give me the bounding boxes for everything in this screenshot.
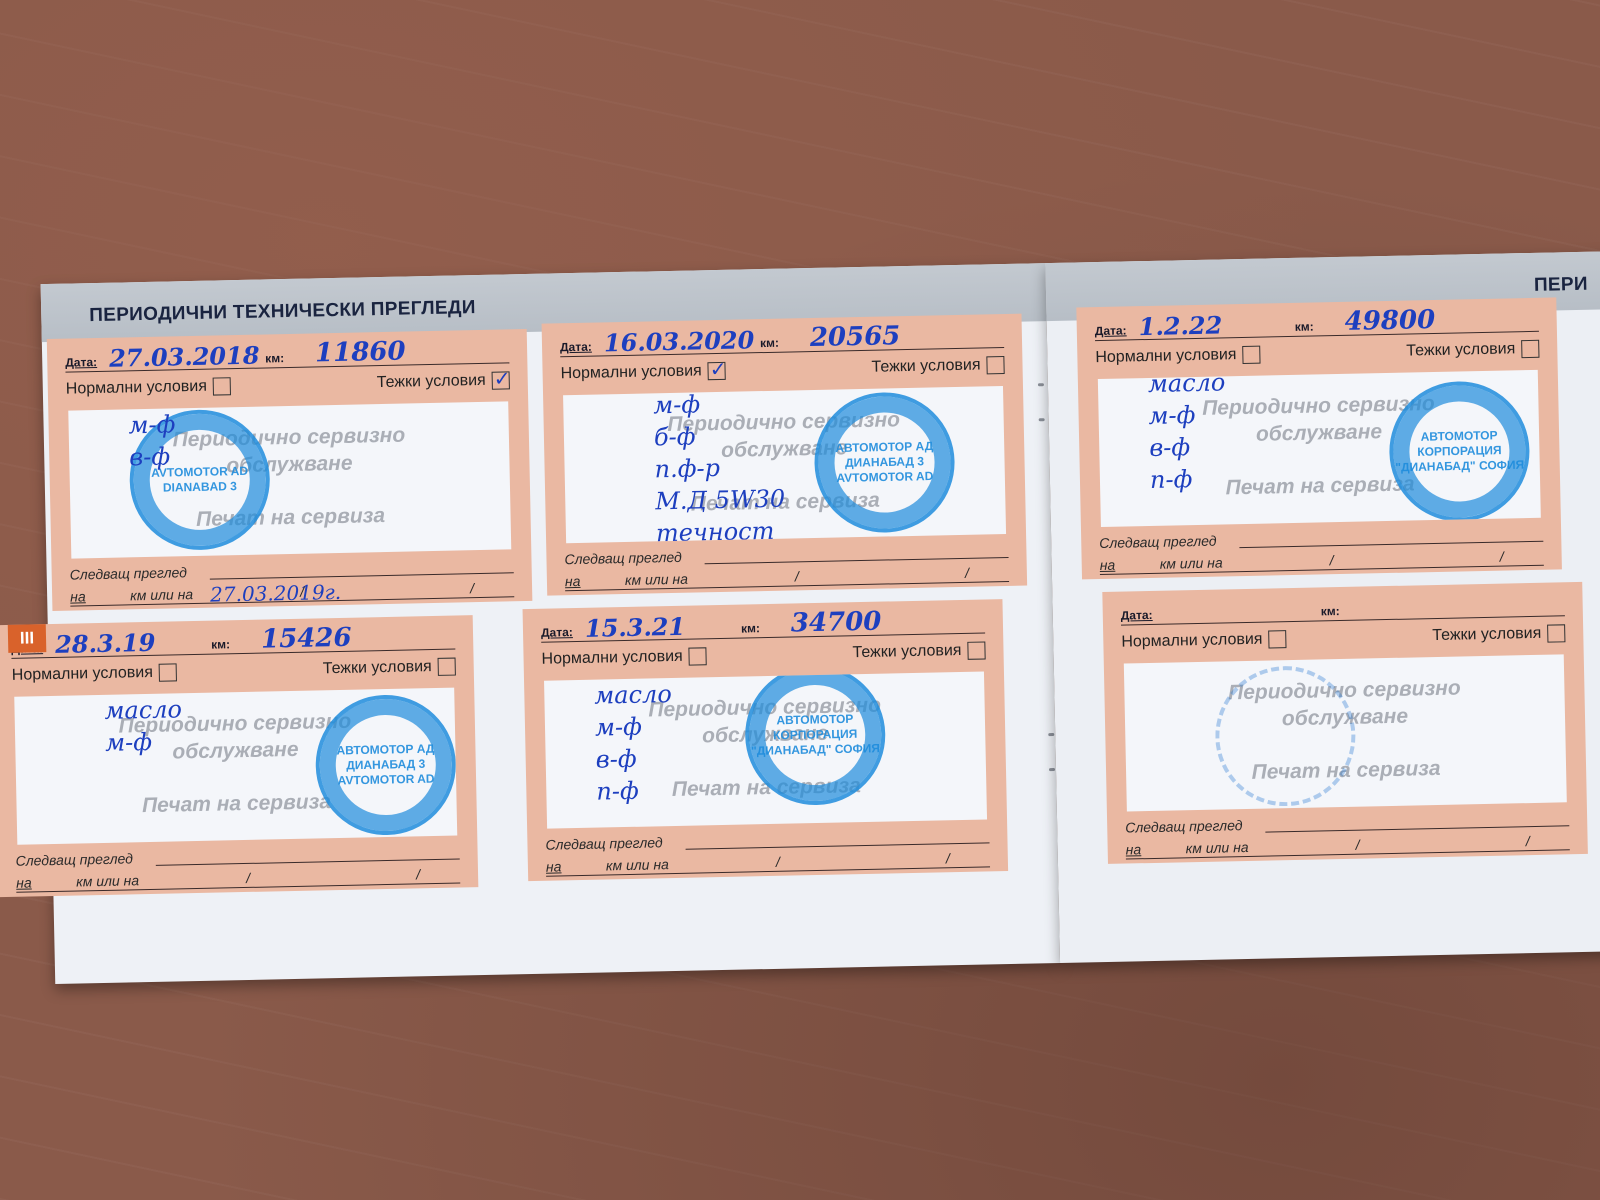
next-inspection-line: [1239, 541, 1543, 548]
normal-conditions: Нормални условия: [541, 647, 706, 668]
heavy-conditions-label: Тежки условия: [377, 372, 486, 392]
service-stamp-box: Периодично сервизно обслужване Печат на …: [1098, 370, 1541, 527]
km-label: км:: [1295, 320, 1314, 334]
inspection-card-3: Дата: 1.2.22 км: 49800 Нормални условия …: [1076, 297, 1562, 579]
date-km-row: Дата: 28.3.19 км: 15426: [11, 628, 455, 659]
heavy-conditions-checkbox[interactable]: [967, 641, 985, 659]
spine-stitch: [1039, 418, 1045, 421]
handwritten-notes: масло м-ф в-ф п-ф: [1148, 370, 1228, 496]
heavy-conditions-checkbox[interactable]: [492, 371, 510, 389]
handwritten-notes: масло м-ф в-ф п-ф: [594, 678, 674, 808]
next-inspection-label: Следващ преглед: [564, 549, 682, 567]
km-or-at-label: км или на: [130, 586, 193, 603]
normal-conditions: Нормални условия: [66, 377, 231, 398]
conditions-row: Нормални условия Тежки условия: [66, 371, 510, 402]
service-stamp-box: Периодично сервизно обслужване Печат на …: [68, 401, 511, 558]
next-inspection-values: на км или на / /: [16, 866, 460, 893]
km-label: км:: [1321, 604, 1340, 618]
slash: /: [795, 568, 799, 584]
km-or-at-label: км или на: [1186, 839, 1249, 856]
heavy-conditions-label: Тежки условия: [1432, 625, 1541, 645]
heavy-conditions: Тежки условия: [852, 641, 985, 662]
next-inspection-label: Следващ преглед: [16, 850, 134, 868]
date-km-row: Дата: 1.2.22 км: 49800: [1095, 310, 1539, 341]
date-value[interactable]: 15.3.21: [585, 612, 686, 643]
inspection-card-2: Дата: 16.03.2020 км: 20565 Нормални усло…: [542, 314, 1028, 596]
inspection-card-4: Дата: 28.3.19 км: 15426 Нормални условия…: [0, 615, 478, 897]
date-value[interactable]: 28.3.19: [55, 628, 156, 659]
spine-stitch: [1038, 383, 1044, 386]
inspection-card-6: Дата: км: Нормални условия Тежки условия…: [1102, 582, 1588, 864]
next-inspection-line: [686, 842, 990, 849]
heavy-conditions-checkbox[interactable]: [1547, 624, 1565, 642]
slash: /: [946, 850, 950, 866]
date-value[interactable]: 1.2.22: [1138, 310, 1222, 341]
normal-conditions-label: Нормални условия: [541, 648, 682, 669]
date-label: Дата:: [560, 340, 592, 355]
heavy-conditions-label: Тежки условия: [871, 356, 980, 376]
km-or-at-label: км или на: [606, 856, 669, 873]
date-km-row: Дата: км:: [1121, 594, 1565, 625]
date-label: Дата:: [1095, 323, 1127, 338]
normal-conditions-checkbox[interactable]: [1242, 346, 1260, 364]
service-booklet: ПЕРИОДИЧНИ ТЕХНИЧЕСКИ ПРЕГЛЕДИ ПЕРИ Дата…: [0, 221, 1600, 999]
normal-conditions-checkbox[interactable]: [708, 362, 726, 380]
heavy-conditions: Тежки условия: [377, 371, 510, 392]
km-or-at-label: км или на: [76, 872, 139, 889]
next-inspection-values: на км или на / /: [565, 564, 1009, 591]
km-value[interactable]: 20565: [810, 321, 901, 353]
service-stamp-box: Периодично сервизно обслужване Печат на …: [1124, 654, 1567, 811]
km-label: км:: [211, 637, 230, 651]
km-label: км:: [760, 336, 779, 350]
handwritten-notes: масло м-ф: [104, 693, 183, 759]
next-inspection-label: Следващ преглед: [70, 564, 188, 582]
at-label: на: [546, 858, 562, 874]
date-label: Дата:: [65, 355, 97, 370]
heavy-conditions-label: Тежки условия: [852, 642, 961, 662]
section-marker-tab: III: [8, 624, 47, 653]
heavy-conditions-label: Тежки условия: [323, 658, 432, 678]
heavy-conditions: Тежки условия: [323, 658, 456, 679]
next-inspection-line: [156, 859, 460, 866]
normal-conditions-checkbox[interactable]: [689, 647, 707, 665]
slash: /: [1500, 549, 1504, 565]
spine-stitch: [1048, 733, 1054, 736]
slash: /: [416, 866, 420, 882]
next-inspection-label: Следващ преглед: [545, 834, 663, 852]
next-date-value[interactable]: 27.03.2019г.: [210, 580, 341, 607]
page-title-partial: ПЕРИ: [1534, 274, 1588, 297]
date-km-row: Дата: 16.03.2020 км: 20565: [560, 326, 1004, 357]
date-value[interactable]: 16.03.2020: [604, 325, 755, 357]
normal-conditions: Нормални условия: [12, 663, 177, 684]
conditions-row: Нормални условия Тежки условия: [12, 658, 456, 689]
spine-stitch: [1049, 768, 1055, 771]
normal-conditions-label: Нормални условия: [560, 362, 701, 383]
inspection-card-5: Дата: 15.3.21 км: 34700 Нормални условия…: [523, 599, 1009, 881]
normal-conditions-label: Нормални условия: [1121, 631, 1262, 652]
normal-conditions-checkbox[interactable]: [159, 663, 177, 681]
slash: /: [246, 870, 250, 886]
slash: /: [776, 854, 780, 870]
km-or-at-label: км или на: [1160, 554, 1223, 571]
next-inspection-values: на км или на / /: [1126, 832, 1570, 859]
heavy-conditions-checkbox[interactable]: [1521, 340, 1539, 358]
slash: /: [470, 580, 474, 596]
normal-conditions-label: Нормални условия: [66, 378, 207, 399]
heavy-conditions: Тежки условия: [871, 356, 1004, 377]
service-stamp-box: Периодично сервизно обслужване Печат на …: [14, 688, 457, 845]
service-stamp-box: Периодично сервизно обслужване Печат на …: [544, 671, 987, 828]
km-label: км:: [265, 351, 284, 365]
heavy-conditions-checkbox[interactable]: [986, 356, 1004, 374]
at-label: на: [565, 573, 581, 589]
at-label: на: [16, 874, 32, 890]
handwritten-notes: м-ф б-ф п.ф-р М.Д 5W30 течност свещи: [653, 387, 787, 544]
at-label: на: [1100, 557, 1116, 573]
inspection-card-1: Дата: 27.03.2018 км: 11860 Нормални усло…: [47, 329, 533, 611]
next-inspection-line: [210, 572, 514, 579]
normal-conditions-label: Нормални условия: [1095, 346, 1236, 367]
km-or-at-label: км или на: [625, 571, 688, 588]
next-inspection-line: [1265, 825, 1569, 832]
km-value[interactable]: 49800: [1344, 305, 1435, 337]
normal-conditions: Нормални условия: [1121, 630, 1286, 651]
date-km-row: Дата: 27.03.2018 км: 11860: [65, 341, 509, 372]
slash: /: [1330, 552, 1334, 568]
date-km-row: Дата: 15.3.21 км: 34700: [541, 611, 985, 642]
next-inspection-values: на км или на 27.03.2019г. / /: [70, 579, 514, 606]
slash: /: [965, 565, 969, 581]
date-label: Дата:: [541, 625, 573, 640]
km-value[interactable]: 34700: [791, 607, 882, 639]
km-label: км:: [741, 621, 760, 635]
heavy-conditions: Тежки условия: [1406, 340, 1539, 361]
normal-conditions-checkbox[interactable]: [1268, 630, 1286, 648]
normal-conditions: Нормални условия: [560, 362, 725, 383]
conditions-row: Нормални условия Тежки условия: [1121, 624, 1565, 655]
slash: /: [300, 584, 304, 600]
conditions-row: Нормални условия Тежки условия: [1095, 340, 1539, 371]
heavy-conditions: Тежки условия: [1432, 624, 1565, 645]
at-label: на: [1126, 841, 1142, 857]
conditions-row: Нормални условия Тежки условия: [560, 356, 1004, 387]
normal-conditions-label: Нормални условия: [12, 664, 153, 685]
heavy-conditions-label: Тежки условия: [1406, 340, 1515, 360]
handwritten-notes: м-ф в-ф: [128, 408, 176, 473]
date-label: Дата:: [1121, 608, 1153, 623]
next-inspection-label: Следващ преглед: [1099, 533, 1217, 551]
at-label: на: [70, 588, 86, 604]
normal-conditions-checkbox[interactable]: [213, 377, 231, 395]
conditions-row: Нормални условия Тежки условия: [541, 641, 985, 672]
km-value[interactable]: 11860: [315, 337, 406, 369]
service-stamp-box: Периодично сервизно обслужване Печат на …: [563, 386, 1006, 543]
slash: /: [1355, 837, 1359, 853]
next-inspection-label: Следващ преглед: [1125, 817, 1243, 835]
heavy-conditions-checkbox[interactable]: [438, 658, 456, 676]
normal-conditions: Нормални условия: [1095, 346, 1260, 367]
next-inspection-values: на км или на / /: [1100, 548, 1544, 575]
next-inspection-line: [705, 557, 1009, 564]
km-value[interactable]: 15426: [261, 623, 352, 655]
next-inspection-values: на км или на / /: [546, 849, 990, 876]
slash: /: [1526, 833, 1530, 849]
date-value[interactable]: 27.03.2018: [109, 341, 260, 373]
